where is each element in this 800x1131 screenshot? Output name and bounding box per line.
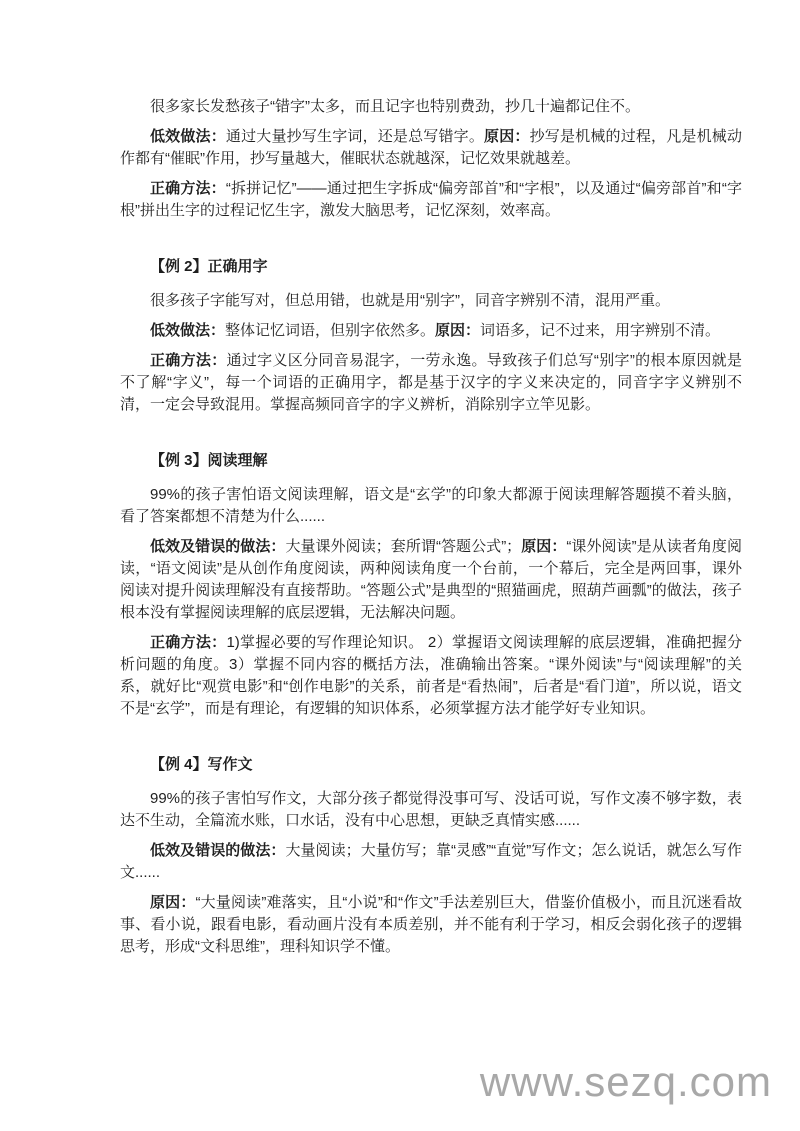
document-body: 很多家长发愁孩子“错字”太多，而且记字也特别费劲，抄几十遍都记住不。低效做法：通… — [120, 88, 742, 966]
paragraph-text: 词语多，记不过来，用字辨别不清。 — [480, 322, 720, 339]
paragraph-label: 正确方法： — [150, 634, 226, 651]
paragraph-text: 整体记忆词语，但别字依然多。 — [225, 322, 435, 339]
paragraph-label: 低效及错误的做法： — [150, 538, 285, 555]
paragraph-text: 99%的孩子害怕写作文，大部分孩子都觉得没事可写、没话可说，写作文凑不够字数，表… — [120, 790, 742, 829]
paragraph: 低效做法：通过大量抄写生字词，还是总写错字。原因：抄写是机械的过程，凡是机械动作… — [120, 126, 742, 170]
paragraph: 正确方法：1)掌握必要的写作理论知识。 2）掌握语文阅读理解的底层逻辑，准确把握… — [120, 632, 742, 720]
paragraph-label: 原因： — [435, 322, 480, 339]
document-section: 【例 4】写作文99%的孩子害怕写作文，大部分孩子都觉得没事可写、没话可说，写作… — [120, 754, 742, 958]
paragraph: 低效及错误的做法：大量阅读；大量仿写；靠“灵感”“直觉”写作文；怎么说话，就怎么… — [120, 840, 742, 884]
paragraph-text: 通过大量抄写生字词，还是总写错字。 — [226, 128, 484, 145]
paragraph: 很多孩子字能写对，但总用错，也就是用“别字”，同音字辨别不清，混用严重。 — [120, 290, 742, 312]
paragraph: 正确方法：“拆拼记忆”——通过把生字拆成“偏旁部首”和“字根”，以及通过“偏旁部… — [120, 178, 742, 222]
paragraph-text: 大量课外阅读；套所谓“答题公式”； — [285, 538, 521, 555]
paragraph: 低效及错误的做法：大量课外阅读；套所谓“答题公式”；原因：“课外阅读”是从读者角… — [120, 536, 742, 624]
section-heading: 【例 3】阅读理解 — [120, 450, 742, 472]
document-section: 【例 2】正确用字很多孩子字能写对，但总用错，也就是用“别字”，同音字辨别不清，… — [120, 256, 742, 416]
paragraph: 低效做法：整体记忆词语，但别字依然多。原因：词语多，记不过来，用字辨别不清。 — [120, 320, 742, 342]
paragraph: 99%的孩子害怕写作文，大部分孩子都觉得没事可写、没话可说，写作文凑不够字数，表… — [120, 788, 742, 832]
paragraph-label: 低效做法： — [150, 128, 226, 145]
section-heading: 【例 4】写作文 — [120, 754, 742, 776]
paragraph: 很多家长发愁孩子“错字”太多，而且记字也特别费劲，抄几十遍都记住不。 — [120, 96, 742, 118]
paragraph: 99%的孩子害怕语文阅读理解，语文是“玄学”的印象大都源于阅读理解答题摸不着头脑… — [120, 484, 742, 528]
document-page: 很多家长发愁孩子“错字”太多，而且记字也特别费劲，抄几十遍都记住不。低效做法：通… — [0, 0, 800, 1131]
paragraph-label: 低效做法： — [150, 322, 225, 339]
document-section: 【例 3】阅读理解99%的孩子害怕语文阅读理解，语文是“玄学”的印象大都源于阅读… — [120, 450, 742, 720]
paragraph-text: 99%的孩子害怕语文阅读理解，语文是“玄学”的印象大都源于阅读理解答题摸不着头脑… — [120, 486, 742, 525]
paragraph-text: 很多家长发愁孩子“错字”太多，而且记字也特别费劲，抄几十遍都记住不。 — [150, 98, 640, 115]
paragraph-text: “大量阅读”难落实，且“小说”和“作文”手法差别巨大，借鉴价值极小，而且沉迷看故… — [120, 894, 742, 955]
paragraph: 原因：“大量阅读”难落实，且“小说”和“作文”手法差别巨大，借鉴价值极小，而且沉… — [120, 892, 742, 958]
paragraph-label: 正确方法： — [150, 352, 227, 369]
watermark-text: www.sezq.com — [480, 1058, 772, 1106]
paragraph: 正确方法：通过字义区分同音易混字，一劳永逸。导致孩子们总写“别字”的根本原因就是… — [120, 350, 742, 416]
paragraph-label: 原因： — [521, 538, 566, 555]
paragraph-text: 很多孩子字能写对，但总用错，也就是用“别字”，同音字辨别不清，混用严重。 — [150, 292, 670, 309]
section-heading: 【例 2】正确用字 — [120, 256, 742, 278]
paragraph-label: 低效及错误的做法： — [150, 842, 285, 859]
document-section: 很多家长发愁孩子“错字”太多，而且记字也特别费劲，抄几十遍都记住不。低效做法：通… — [120, 96, 742, 222]
paragraph-label: 原因： — [150, 894, 196, 911]
paragraph-label: 原因： — [484, 128, 530, 145]
paragraph-label: 正确方法： — [150, 180, 226, 197]
